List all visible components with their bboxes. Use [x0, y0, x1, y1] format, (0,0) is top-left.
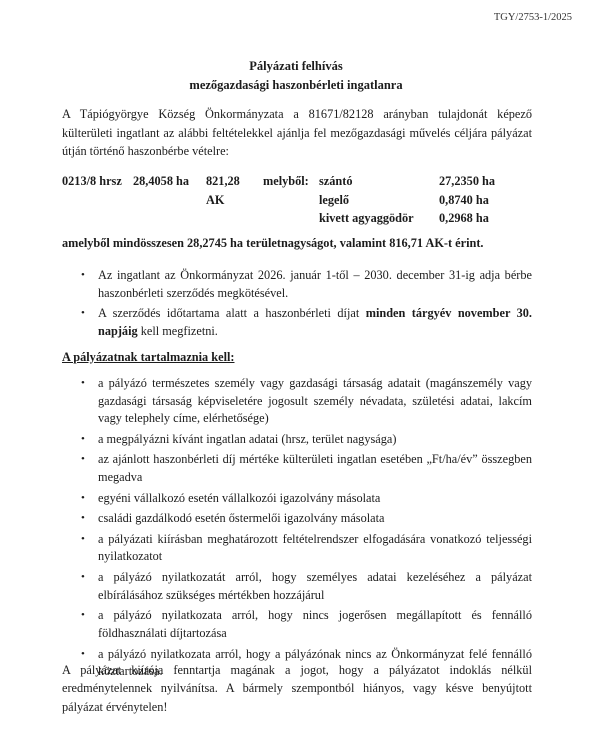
requirement-line: a pályázó nyilatkozatát arról, hogy szem… [98, 569, 532, 587]
terms-item: • A szerződés időtartama alatt a haszonb… [40, 305, 532, 340]
closing-line: A pályázat kiírója fenntartja magának a … [62, 661, 532, 679]
document-title: Pályázati felhívás mezőgazdasági haszonb… [0, 57, 592, 95]
bullet-icon: • [81, 490, 85, 508]
title-line-1: Pályázati felhívás [0, 57, 592, 76]
payment-deadline-emphasis: napjáig [98, 324, 138, 338]
terms-list: • Az ingatlant az Önkormányzat 2026. jan… [40, 267, 532, 343]
breakdown-area: 27,2350 ha [439, 172, 495, 191]
requirement-item: •családi gazdálkodó esetén őstermelői ig… [40, 510, 532, 528]
requirements-list: •a pályázó természetes személy vagy gazd… [40, 375, 532, 684]
requirement-item: •a pályázó nyilatkozata arról, hogy ninc… [40, 607, 532, 642]
breakdown-type: legelő [319, 191, 349, 210]
intro-line: útján történő haszonbérbe vételre: [62, 142, 532, 161]
bullet-icon: • [81, 531, 85, 549]
requirement-item: •a megpályázni kívánt ingatlan adatai (h… [40, 431, 532, 449]
requirement-line: földhasználati díjtartozása [98, 625, 532, 643]
terms-line: napjáig kell megfizetni. [98, 323, 532, 341]
bullet-icon: • [81, 607, 85, 625]
breakdown-area: 0,2968 ha [439, 209, 489, 228]
requirement-line: a pályázó természetes személy vagy gazda… [98, 375, 532, 393]
requirement-line: a pályázati kiírásban meghatározott felt… [98, 531, 532, 549]
requirement-line: az ajánlott haszonbérleti díj mértéke kü… [98, 451, 532, 469]
intro-paragraph: A Tápiógyörgye Község Önkormányzata a 81… [62, 105, 532, 161]
requirement-line: nyilatkozatot [98, 548, 532, 566]
requirement-line: elbírálásához szükséges mértékben hozzáj… [98, 587, 532, 605]
breakdown-area: 0,8740 ha [439, 191, 489, 210]
breakdown-type: szántó [319, 172, 352, 191]
terms-line: haszonbérleti szerződés megkötésével. [98, 285, 532, 303]
requirement-item: •az ajánlott haszonbérleti díj mértéke k… [40, 451, 532, 486]
property-ak-value: 821,28 [206, 172, 240, 191]
bullet-icon: • [81, 305, 85, 323]
document-page: TGY/2753-1/2025 Pályázati felhívás mezőg… [0, 0, 592, 729]
closing-paragraph: A pályázat kiírója fenntartja magának a … [62, 661, 532, 716]
requirement-line: a megpályázni kívánt ingatlan adatai (hr… [98, 431, 532, 449]
reference-number: TGY/2753-1/2025 [494, 12, 572, 23]
terms-text: kell megfizetni. [138, 324, 218, 338]
requirements-heading: A pályázatnak tartalmaznia kell: [62, 350, 235, 365]
payment-deadline-emphasis: minden tárgyév november 30. [366, 306, 532, 320]
requirement-item: •a pályázó természetes személy vagy gazd… [40, 375, 532, 428]
summary-statement: amelyből mindösszesen 28,2745 ha terület… [62, 236, 484, 251]
requirement-item: •egyéni vállalkozó esetén vállalkozói ig… [40, 490, 532, 508]
requirement-line: a pályázó nyilatkozata arról, hogy nincs… [98, 607, 532, 625]
requirement-line: gazdasági társaság képviseletére jogosul… [98, 393, 532, 411]
of-which-label: melyből: [263, 172, 309, 191]
requirement-line: egyéni vállalkozó esetén vállalkozói iga… [98, 490, 532, 508]
requirement-line: vagy telephely címe, elérhetősége) [98, 410, 532, 428]
requirement-item: •a pályázó nyilatkozatát arról, hogy sze… [40, 569, 532, 604]
closing-line: eredménytelennek nyilvánítsa. A bármely … [62, 679, 532, 697]
bullet-icon: • [81, 451, 85, 469]
bullet-icon: • [81, 569, 85, 587]
terms-line: A szerződés időtartama alatt a haszonbér… [98, 305, 532, 323]
bullet-icon: • [81, 510, 85, 528]
requirement-item: •a pályázati kiírásban meghatározott fel… [40, 531, 532, 566]
property-hrsz: 0213/8 hrsz [62, 172, 122, 191]
requirement-line: megadva [98, 469, 532, 487]
breakdown-type: kivett agyaggödör [319, 209, 414, 228]
closing-line: pályázat érvénytelen! [62, 698, 532, 716]
requirement-line: családi gazdálkodó esetén őstermelői iga… [98, 510, 532, 528]
bullet-icon: • [81, 375, 85, 393]
property-ak-unit: AK [206, 191, 224, 210]
terms-item: • Az ingatlant az Önkormányzat 2026. jan… [40, 267, 532, 302]
terms-line: Az ingatlant az Önkormányzat 2026. januá… [98, 267, 532, 285]
intro-line: A Tápiógyörgye Község Önkormányzata a 81… [62, 105, 532, 124]
intro-line: külterületi ingatlant az alábbi feltétel… [62, 124, 532, 143]
bullet-icon: • [81, 431, 85, 449]
property-area: 28,4058 ha [133, 172, 189, 191]
title-line-2: mezőgazdasági haszonbérleti ingatlanra [0, 76, 592, 95]
bullet-icon: • [81, 267, 85, 285]
terms-text: A szerződés időtartama alatt a haszonbér… [98, 306, 366, 320]
